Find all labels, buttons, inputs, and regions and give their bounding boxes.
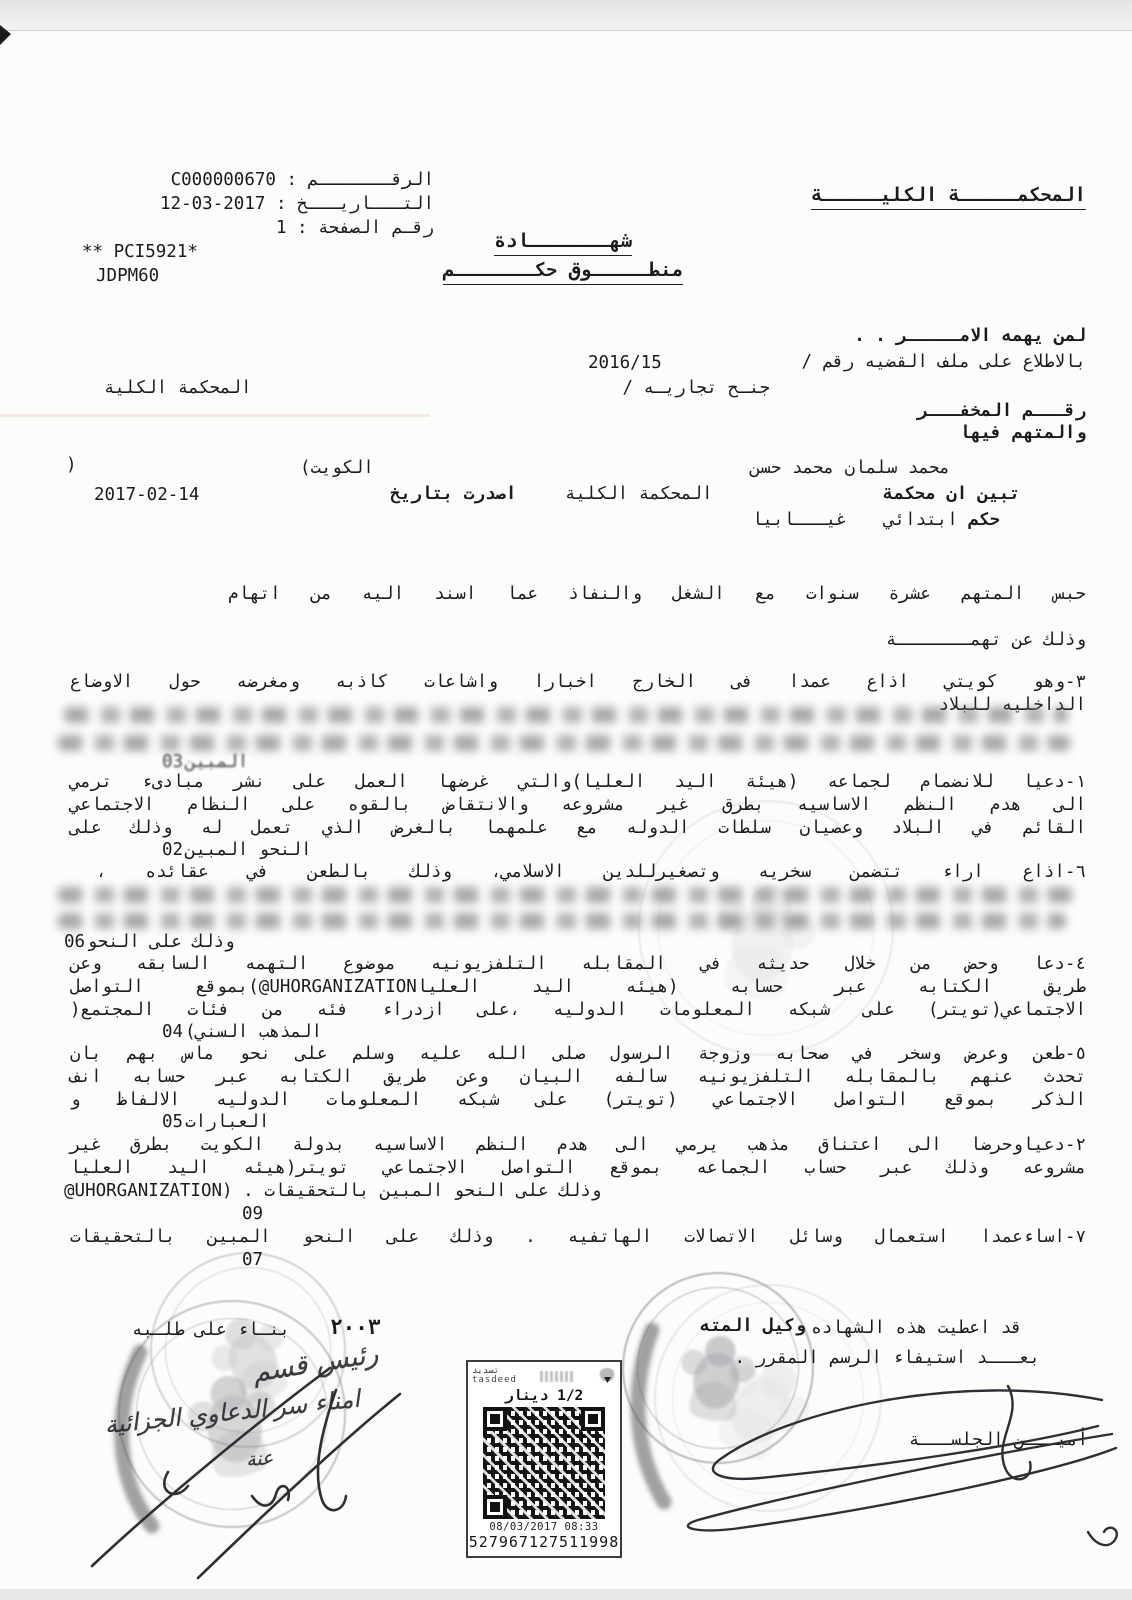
issued-on-label: اصدرت بتاريخ bbox=[390, 484, 516, 506]
handwritten-note: عنة bbox=[245, 1447, 274, 1471]
for-charge-line: وذلك عن تهمـــــــة bbox=[886, 630, 1086, 652]
on-his-request: بنـاء على طلـبه bbox=[132, 1320, 290, 1342]
charge-6-marker: وذلك على النحو06 bbox=[64, 932, 235, 954]
scan-crease bbox=[0, 414, 430, 417]
court-name-2: المحكمة الكلية bbox=[104, 378, 252, 400]
nationality-close-paren: ) bbox=[66, 455, 77, 477]
doc-page-row: رقـم الصفحة : 1 bbox=[82, 216, 434, 240]
charge-2-line-3: وذلك على النحو المبين بالتحقيقات . @UHOR… bbox=[64, 1181, 601, 1203]
charge-7-marker: 07 bbox=[242, 1250, 263, 1272]
charge-5-marker: العبارات05 bbox=[162, 1112, 269, 1134]
charge-4-line-2: طريق الكتابه عبر حسابه (هيئه اليد العليا… bbox=[70, 977, 1086, 999]
charge-1-line-3: القائم في البلاد وعصيان سلطات الدوله مع … bbox=[70, 818, 1086, 840]
charge-5-line-1: ٥-طعن وعرض وسخر في صحابه وزوجة الرسول صل… bbox=[70, 1044, 1086, 1066]
twitter-handle: @UHORGANIZATION) bbox=[64, 1181, 233, 1201]
qr-code bbox=[483, 1407, 605, 1519]
redacted-line bbox=[58, 735, 1070, 751]
charge-4-marker: المذهب السني)04 bbox=[162, 1022, 322, 1044]
nationality: (الكويت bbox=[300, 458, 374, 480]
charge-2-line-1: ٢-دعياوحرضا الى اعتناق مذهب يرمي الى هدم… bbox=[70, 1135, 1086, 1157]
sentence-line: حبس المتهم عشرة سنوات مع الشغل والنفاذ ع… bbox=[228, 584, 1086, 606]
court-name-3: المحكمة الكلية bbox=[565, 484, 713, 506]
charge-7-line-1: ٧-اساءعمدا استعمال وسائل الاتصالات الهات… bbox=[70, 1227, 1086, 1249]
certificate-given-line-1: قد اعطيت هذه الشهاده bbox=[811, 1318, 1022, 1340]
charge-4-line-1: ٤-دعا وحض من خلال حديثه في المقابله التل… bbox=[70, 954, 1086, 976]
police-station-label: رقـــم المخفـــر bbox=[917, 401, 1086, 423]
charge-6-line-1: ٦-اذاع اراء تتضمن سخريه وتصغيرللدين الاس… bbox=[96, 862, 1086, 884]
case-number: 2016/15 bbox=[588, 353, 662, 375]
doc-date-row: التـــاريـــخ : 2017-03-12 bbox=[82, 192, 434, 216]
sticker-amount: 1/2 دينار bbox=[505, 1388, 584, 1404]
court-stamp-middle-ghost bbox=[612, 1242, 923, 1553]
accused-name: محمد سلمان محمد حسن bbox=[750, 458, 950, 480]
qr-finder-icon bbox=[483, 1407, 507, 1431]
case-ref-line: بالاطلاع على ملف القضيه رقم / bbox=[802, 352, 1086, 374]
charge-1-line-2: الى هدم النظم الاساسيه بطرق غير مشروعه و… bbox=[70, 795, 1086, 817]
charge-2-line-2: مشروعه وذلك عبر حساب الجماعه بموقع التوا… bbox=[70, 1158, 1086, 1180]
sticker-datetime: 08/03/2017 08:33 bbox=[489, 1521, 598, 1533]
found-that-label: تبين ان محكمة bbox=[883, 484, 1020, 506]
charge-3-marker: المبين03 bbox=[162, 752, 248, 774]
agent-of-accused: وكيل المته bbox=[700, 1316, 805, 1338]
verdict-line: حكم ابتدائي bbox=[884, 510, 1000, 532]
certificate-given-line-2: بعـــد استيفاء الرسم المقرر . bbox=[734, 1348, 1040, 1370]
qr-finder-icon bbox=[483, 1495, 507, 1519]
fee-year: ٢٠٠٣ bbox=[330, 1314, 381, 1340]
case-type: جنـح تجاريـه / bbox=[622, 378, 770, 400]
twitter-handle: @UHORGANIZATION bbox=[259, 977, 417, 997]
certificate-title: شهـــــــادة bbox=[478, 230, 648, 254]
charge-2-marker: 09 bbox=[242, 1204, 263, 1226]
court-name: المحكمـــــة الكليـــــة bbox=[811, 184, 1086, 208]
scan-edge-band bbox=[0, 0, 1132, 31]
redacted-line bbox=[64, 707, 1068, 723]
charge-1-line-1: ١-دعيا للانضمام لجماعه (هيئة اليد العليا… bbox=[70, 772, 1086, 794]
charge-3-line-1: ٣-وهو كويتي اذاع عمدا فى الخارج اخبارا و… bbox=[70, 672, 1086, 694]
redacted-line bbox=[58, 887, 1072, 903]
sticker-fineprint bbox=[540, 1371, 574, 1382]
doc-code-2: JDPM60 bbox=[96, 266, 159, 288]
sticker-logo-row: تسديد tasdeed bbox=[472, 1365, 616, 1387]
redacted-line bbox=[58, 913, 1066, 929]
scanned-court-document: الرقـــــــم : C000000670 التـــاريـــخ … bbox=[0, 0, 1132, 1600]
in-absentia: غيـــابيا bbox=[752, 510, 847, 532]
scan-bottom-band bbox=[0, 1589, 1132, 1600]
session-clerk-label: أميـــن الجلســـة bbox=[909, 1430, 1088, 1452]
doc-number-row: الرقـــــــم : C000000670 bbox=[82, 168, 434, 192]
tasdeed-logo-latin: tasdeed bbox=[472, 1376, 517, 1385]
tasdeed-fee-sticker: تسديد tasdeed 1/2 دينار 08/03/2017 08:33… bbox=[466, 1360, 622, 1558]
charge-5-line-2: تحدث عنهم بالمقابله التلفزيونيه سالفه ال… bbox=[70, 1067, 1086, 1089]
doc-code-1: ** PCI5921* bbox=[82, 242, 198, 264]
accused-in-label: والمتهم فيها bbox=[960, 423, 1086, 445]
charge-5-line-3: الذكر بموقع التواصل الاجتماعي (تويتر) عل… bbox=[70, 1090, 1086, 1112]
charge-1-marker: النحو المبين02 bbox=[162, 840, 312, 862]
falcon-emblem-icon bbox=[598, 1368, 616, 1384]
qr-finder-icon bbox=[581, 1407, 605, 1431]
sticker-serial: 527967127511998 bbox=[469, 1533, 619, 1551]
issue-date: 2017-02-14 bbox=[94, 485, 199, 507]
to-whom-line: لمن يهمه الامـــــر . . bbox=[854, 326, 1086, 348]
certificate-subtitle: منطـــــوق حكـــــــم bbox=[438, 259, 688, 283]
charge-4-line-3: الاجتماعي(تويتر) على شبكه المعلومات الدو… bbox=[70, 1000, 1086, 1022]
